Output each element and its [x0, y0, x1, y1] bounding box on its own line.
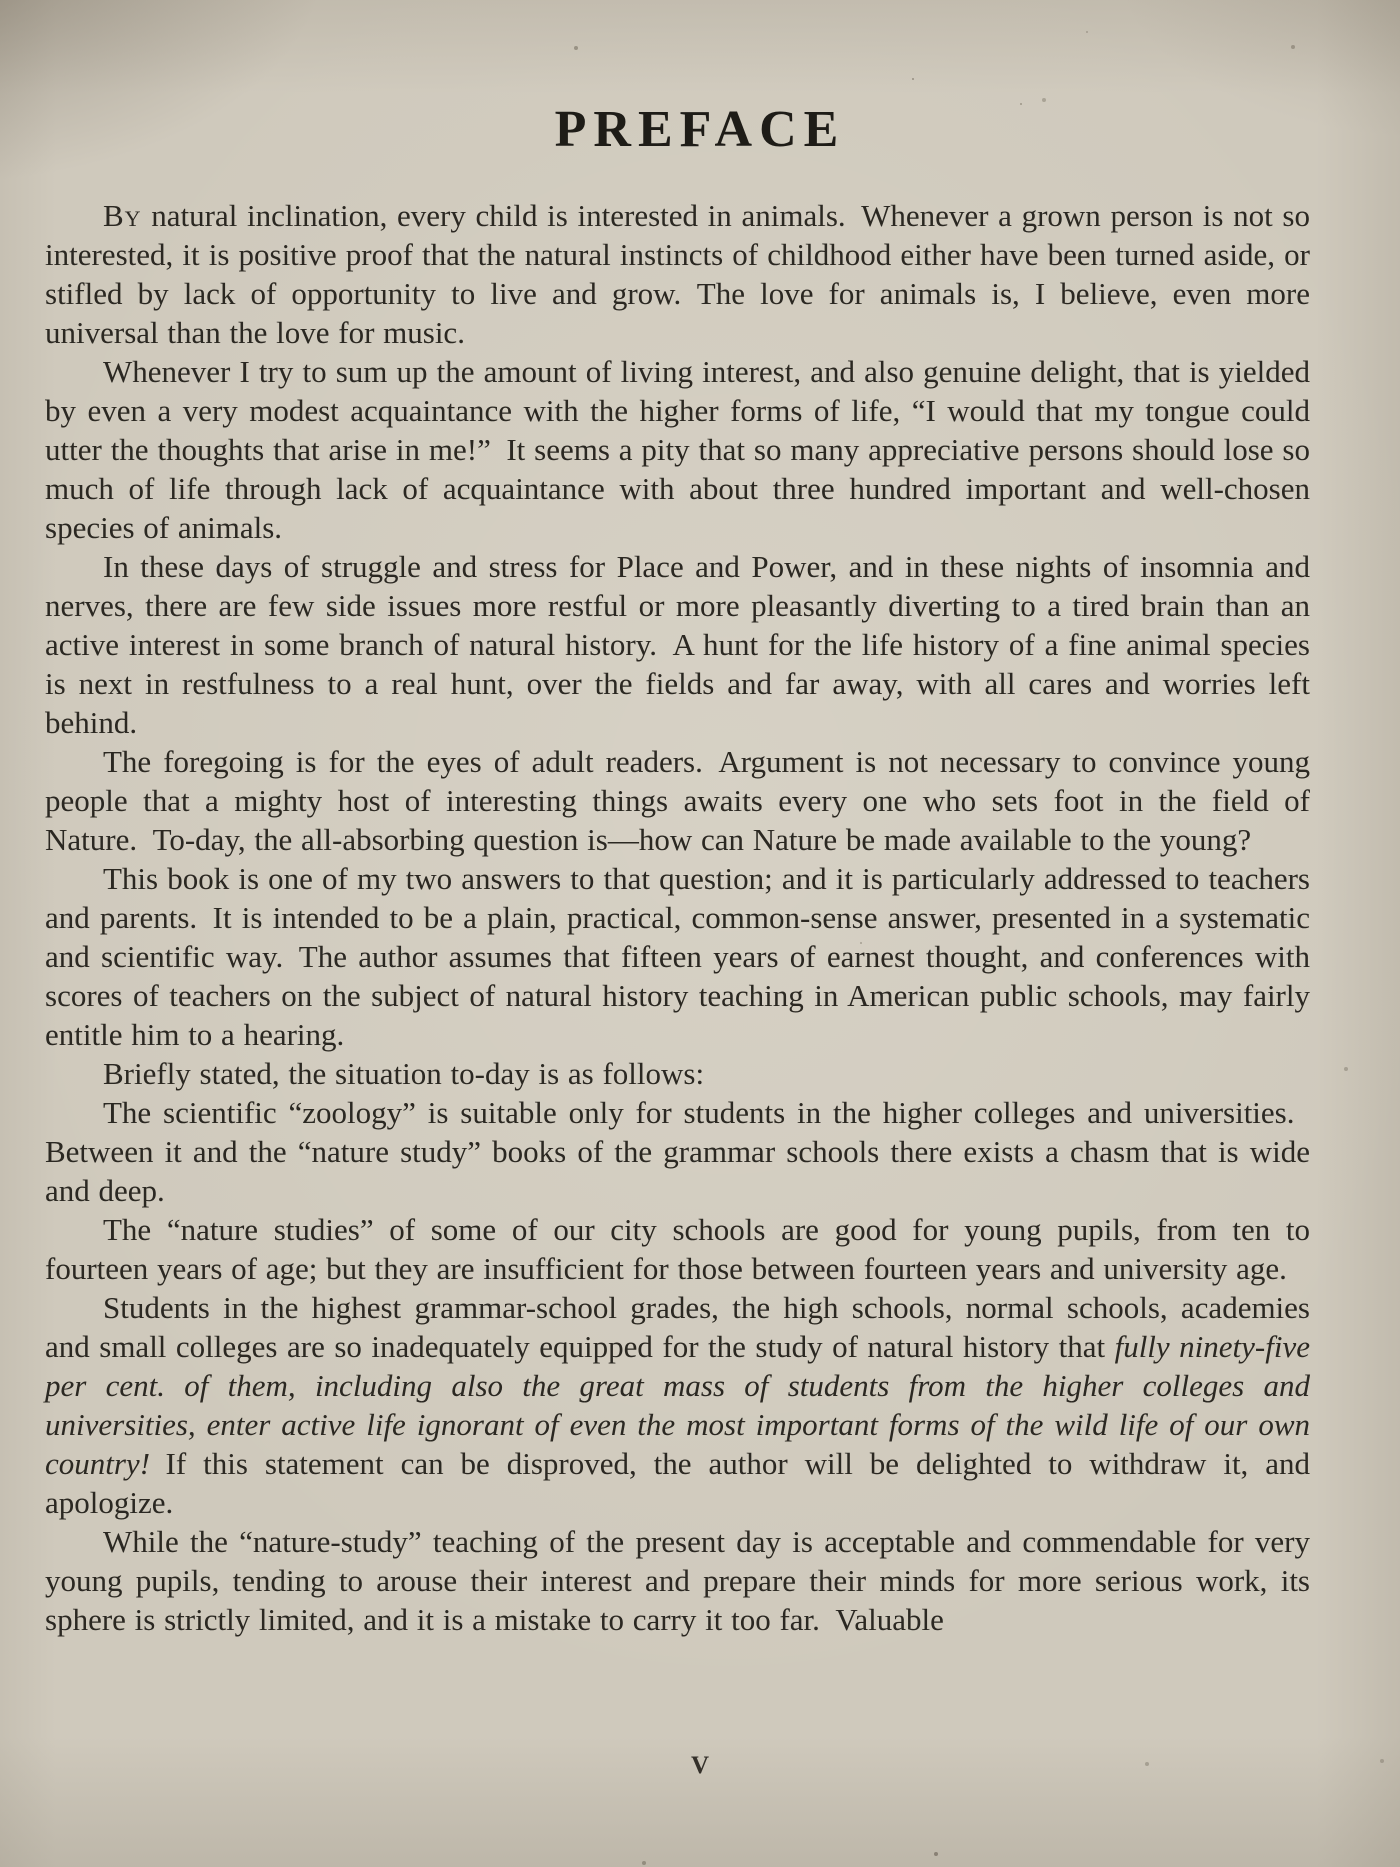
text-segment: natural inclination, every child is inte… [45, 198, 1310, 350]
page-title: PREFACE [0, 100, 1400, 159]
text-segment: By [103, 198, 142, 233]
text-segment: If this statement can be disproved, the … [45, 1446, 1310, 1520]
paragraph: This book is one of my two answers to th… [45, 859, 1310, 1054]
text-segment: The scientific “zoology” is suitable onl… [45, 1095, 1310, 1208]
text-segment: While the “nature-study” teaching of the… [45, 1524, 1310, 1637]
text-segment: The “nature studies” of some of our city… [45, 1212, 1310, 1286]
paper-specks [0, 0, 2, 2]
text-segment: This book is one of my two answers to th… [45, 861, 1310, 1052]
paragraph: Briefly stated, the situation to-day is … [45, 1054, 1310, 1093]
preface-body: By natural inclination, every child is i… [45, 196, 1310, 1639]
text-segment: The foregoing is for the eyes of adult r… [45, 744, 1310, 857]
paragraph: Students in the highest grammar-school g… [45, 1288, 1310, 1522]
page-number: V [0, 1752, 1400, 1780]
text-segment: Whenever I try to sum up the amount of l… [45, 354, 1310, 545]
text-segment: In these days of struggle and stress for… [45, 549, 1310, 740]
paragraph: By natural inclination, every child is i… [45, 196, 1310, 352]
paragraph: The foregoing is for the eyes of adult r… [45, 742, 1310, 859]
paragraph: The “nature studies” of some of our city… [45, 1210, 1310, 1288]
book-page: PREFACE By natural inclination, every ch… [0, 0, 1400, 1867]
paragraph: The scientific “zoology” is suitable onl… [45, 1093, 1310, 1210]
paragraph: Whenever I try to sum up the amount of l… [45, 352, 1310, 547]
paragraph: In these days of struggle and stress for… [45, 547, 1310, 742]
paragraph: While the “nature-study” teaching of the… [45, 1522, 1310, 1639]
text-segment: Briefly stated, the situation to-day is … [103, 1056, 704, 1091]
